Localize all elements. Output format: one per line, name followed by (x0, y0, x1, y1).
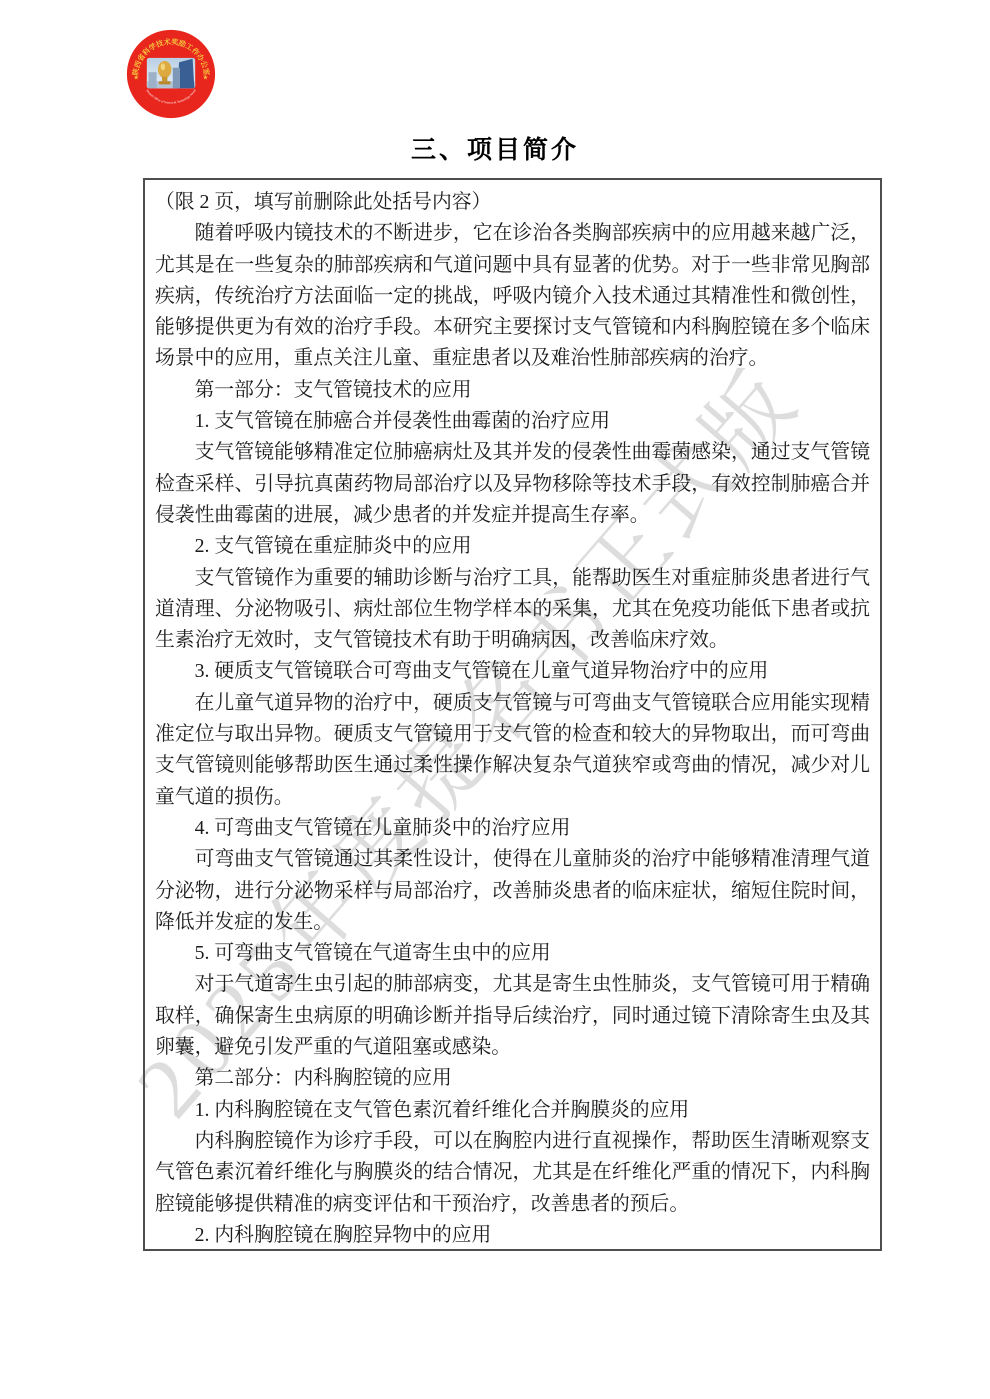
text-block-para: 随着呼吸内镜技术的不断进步，它在诊治各类胸部疾病中的应用越来越广泛，尤其是在一些… (155, 218, 870, 374)
text-block-item: 2. 支气管镜在重症肺炎中的应用 (155, 531, 870, 562)
text-block-item: 2. 内科胸腔镜在胸腔异物中的应用 (155, 1220, 870, 1251)
text-block-para: 支气管镜作为重要的辅助诊断与治疗工具，能帮助医生对重症肺炎患者进行气道清理、分泌… (155, 563, 870, 657)
document-page: 2025年度提名书正式版 陕西省科学技术奖励工作办公室 (0, 0, 990, 1399)
star-icon: ★ (133, 74, 139, 81)
text-block-item: 4. 可弯曲支气管镜在儿童肺炎中的治疗应用 (155, 813, 870, 844)
form-box-content: （限 2 页，填写前删除此处括号内容）随着呼吸内镜技术的不断进步，它在诊治各类胸… (155, 187, 870, 1251)
project-summary-box: （限 2 页，填写前删除此处括号内容）随着呼吸内镜技术的不断进步，它在诊治各类胸… (143, 178, 882, 1251)
star-icon: ★ (203, 74, 209, 81)
text-block-item: 1. 内科胸腔镜在支气管色素沉着纤维化合并胸膜炎的应用 (155, 1095, 870, 1126)
text-block-para: 在儿童气道异物的治疗中，硬质支气管镜与可弯曲支气管镜联合应用能实现精准定位与取出… (155, 688, 870, 813)
text-block-heading: 第二部分：内科胸腔镜的应用 (155, 1063, 870, 1094)
page-title: 三、项目简介 (0, 130, 990, 166)
text-block-heading: 第一部分：支气管镜技术的应用 (155, 375, 870, 406)
text-block-item: 5. 可弯曲支气管镜在气道寄生虫中的应用 (155, 938, 870, 969)
text-block-para: 内科胸腔镜作为诊疗手段，可以在胸腔内进行直视操作，帮助医生清晰观察支气管色素沉着… (155, 1126, 870, 1220)
text-block-para: 可弯曲支气管镜通过其柔性设计，使得在儿童肺炎的治疗中能够精准清理气道分泌物，进行… (155, 844, 870, 938)
trophy-icon (158, 61, 172, 78)
text-block-para: 对于气道寄生虫引起的肺部病变，尤其是寄生虫性肺炎，支气管镜可用于精确取样，确保寄… (155, 969, 870, 1063)
org-seal-logo: 陕西省科学技术奖励工作办公室 Shaanxi Office of Science… (126, 29, 216, 119)
text-block-item: 1. 支气管镜在肺癌合并侵袭性曲霉菌的治疗应用 (155, 406, 870, 437)
text-block-item: 3. 硬质支气管镜联合可弯曲支气管镜在儿童气道异物治疗中的应用 (155, 656, 870, 687)
text-block-note: （限 2 页，填写前删除此处括号内容） (155, 187, 870, 218)
text-block-para: 支气管镜能够精准定位肺癌病灶及其并发的侵袭性曲霉菌感染，通过支气管镜检查采样、引… (155, 437, 870, 531)
seal-center-photo (147, 58, 196, 89)
